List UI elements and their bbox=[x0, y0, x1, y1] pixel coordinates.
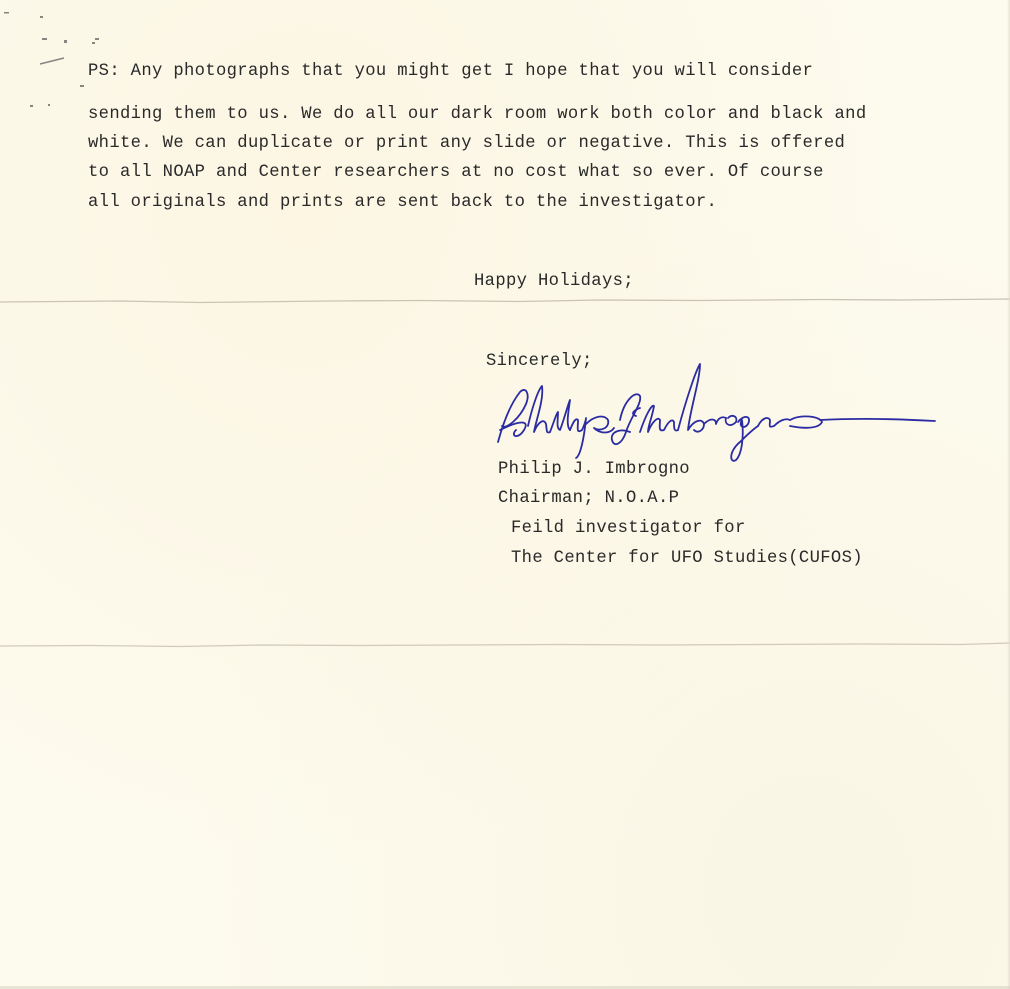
paper-fold-lower bbox=[0, 642, 1010, 646]
postscript-line-3: white. We can duplicate or print any sli… bbox=[88, 134, 845, 154]
letter-page: PS: Any photographs that you might get I… bbox=[0, 0, 1010, 989]
postscript-line-4: to all NOAP and Center researchers at no… bbox=[88, 163, 824, 183]
signer-name: Philip J. Imbrogno bbox=[498, 460, 690, 480]
handwritten-signature bbox=[490, 360, 945, 465]
signer-role-line-2: The Center for UFO Studies(CUFOS) bbox=[511, 549, 863, 569]
greeting-text: Happy Holidays; bbox=[474, 272, 634, 292]
signer-title: Chairman; N.O.A.P bbox=[498, 489, 679, 509]
postscript-line-1: PS: Any photographs that you might get I… bbox=[88, 62, 813, 82]
postscript-line-2: sending them to us. We do all our dark r… bbox=[88, 105, 866, 125]
signer-role-line-1: Feild investigator for bbox=[511, 519, 746, 539]
paper-fold-upper bbox=[0, 298, 1010, 302]
postscript-line-5: all originals and prints are sent back t… bbox=[88, 193, 717, 213]
paper-specks bbox=[0, 0, 120, 120]
